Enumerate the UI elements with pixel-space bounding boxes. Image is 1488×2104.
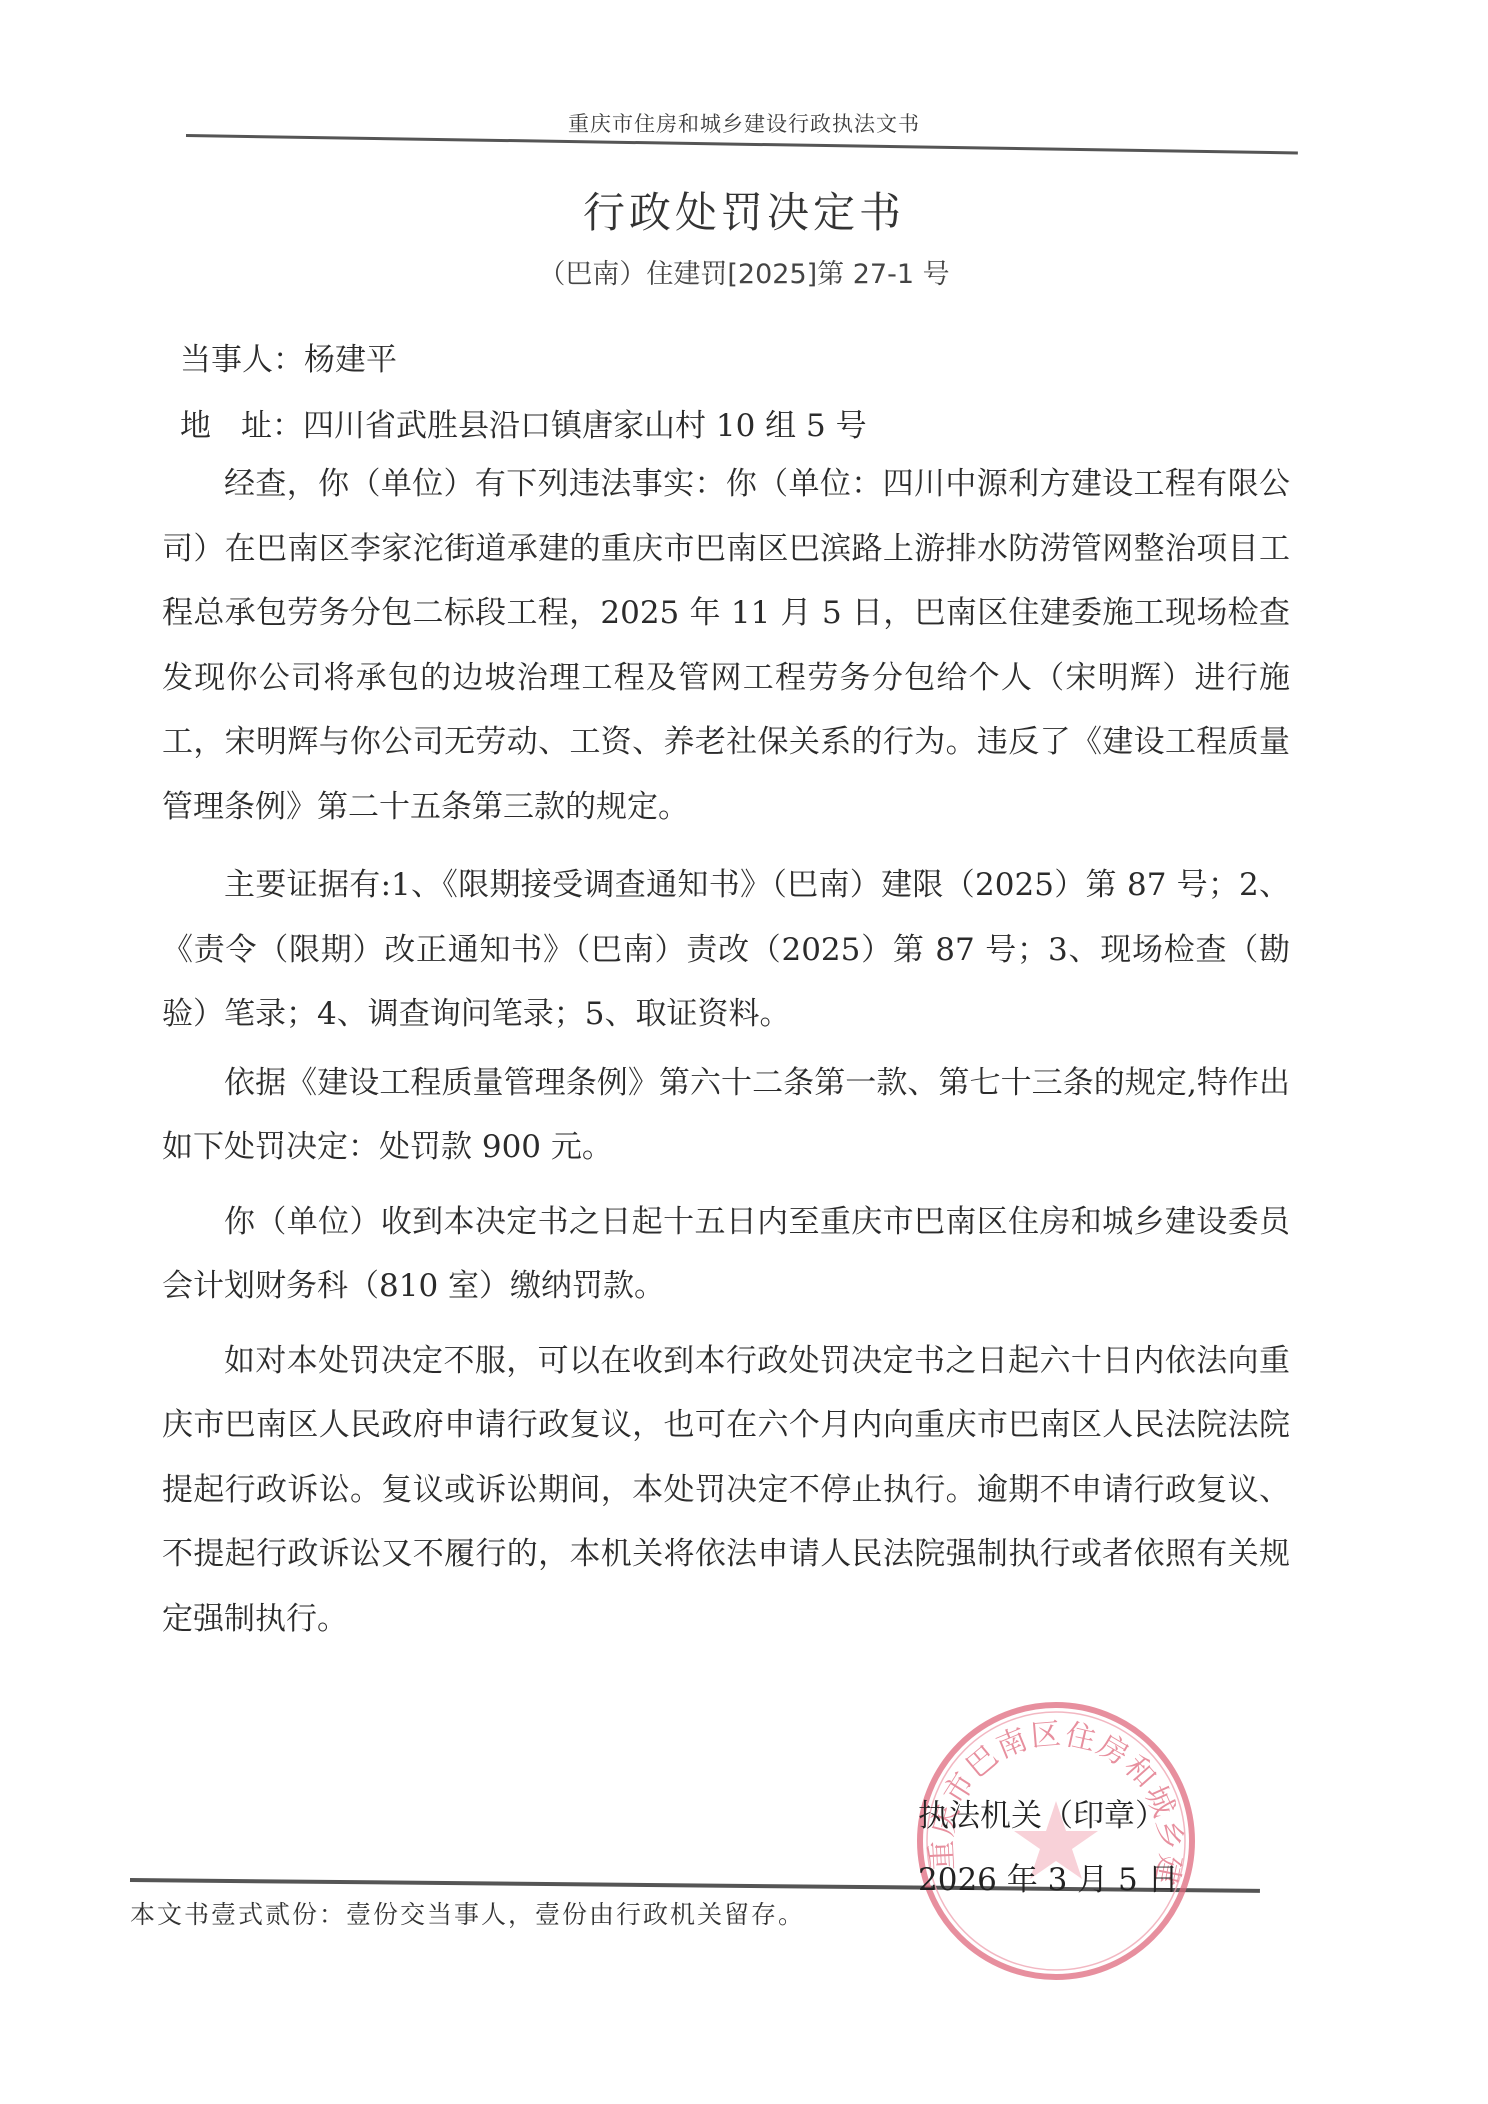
party-name-line: 当事人：杨建平 xyxy=(180,334,397,379)
party-address-line: 地址：四川省武胜县沿口镇唐家山村 10 组 5 号 xyxy=(180,400,867,445)
issuing-authority-label: 执法机关（印章） xyxy=(918,1790,1179,1854)
document-page: 重庆市住房和城乡建设行政执法文书 行政处罚决定书 （巴南）住建罚[2025]第 … xyxy=(0,0,1488,2104)
address-label-char1: 地 xyxy=(180,400,211,445)
document-series-header: 重庆市住房和城乡建设行政执法文书 xyxy=(0,108,1488,138)
document-body: 经查，你（单位）有下列违法事实：你（单位：四川中源利方建设工程有限公司）在巴南区… xyxy=(162,452,1290,1651)
party-name-label: 当事人： xyxy=(180,334,304,379)
paragraph-appeal-rights: 如对本处罚决定不服，可以在收到本行政处罚决定书之日起六十日内依法向重庆市巴南区人… xyxy=(162,1329,1290,1652)
paragraph-violation-facts: 经查，你（单位）有下列违法事实：你（单位：四川中源利方建设工程有限公司）在巴南区… xyxy=(162,452,1290,839)
party-address-value: 四川省武胜县沿口镇唐家山村 10 组 5 号 xyxy=(303,408,867,444)
paragraph-evidence: 主要证据有:1、《限期接受调查通知书》（巴南）建限（2025）第 87 号；2、… xyxy=(162,853,1290,1047)
document-number: （巴南）住建罚[2025]第 27-1 号 xyxy=(0,252,1488,291)
party-name-value: 杨建平 xyxy=(304,342,397,378)
copies-note: 本文书壹式贰份：壹份交当事人，壹份由行政机关留存。 xyxy=(130,1895,805,1931)
address-label-char2: 址： xyxy=(241,400,303,445)
paragraph-payment-instructions: 你（单位）收到本决定书之日起十五日内至重庆市巴南区住房和城乡建设委员会计划财务科… xyxy=(162,1190,1290,1319)
issue-date: 2026 年 3 月 5 日 xyxy=(918,1854,1179,1918)
paragraph-legal-basis: 依据《建设工程质量管理条例》第六十二条第一款、第七十三条的规定,特作出如下处罚决… xyxy=(162,1051,1290,1180)
signature-block: 执法机关（印章） 2026 年 3 月 5 日 xyxy=(918,1790,1179,1918)
document-title: 行政处罚决定书 xyxy=(0,180,1488,240)
